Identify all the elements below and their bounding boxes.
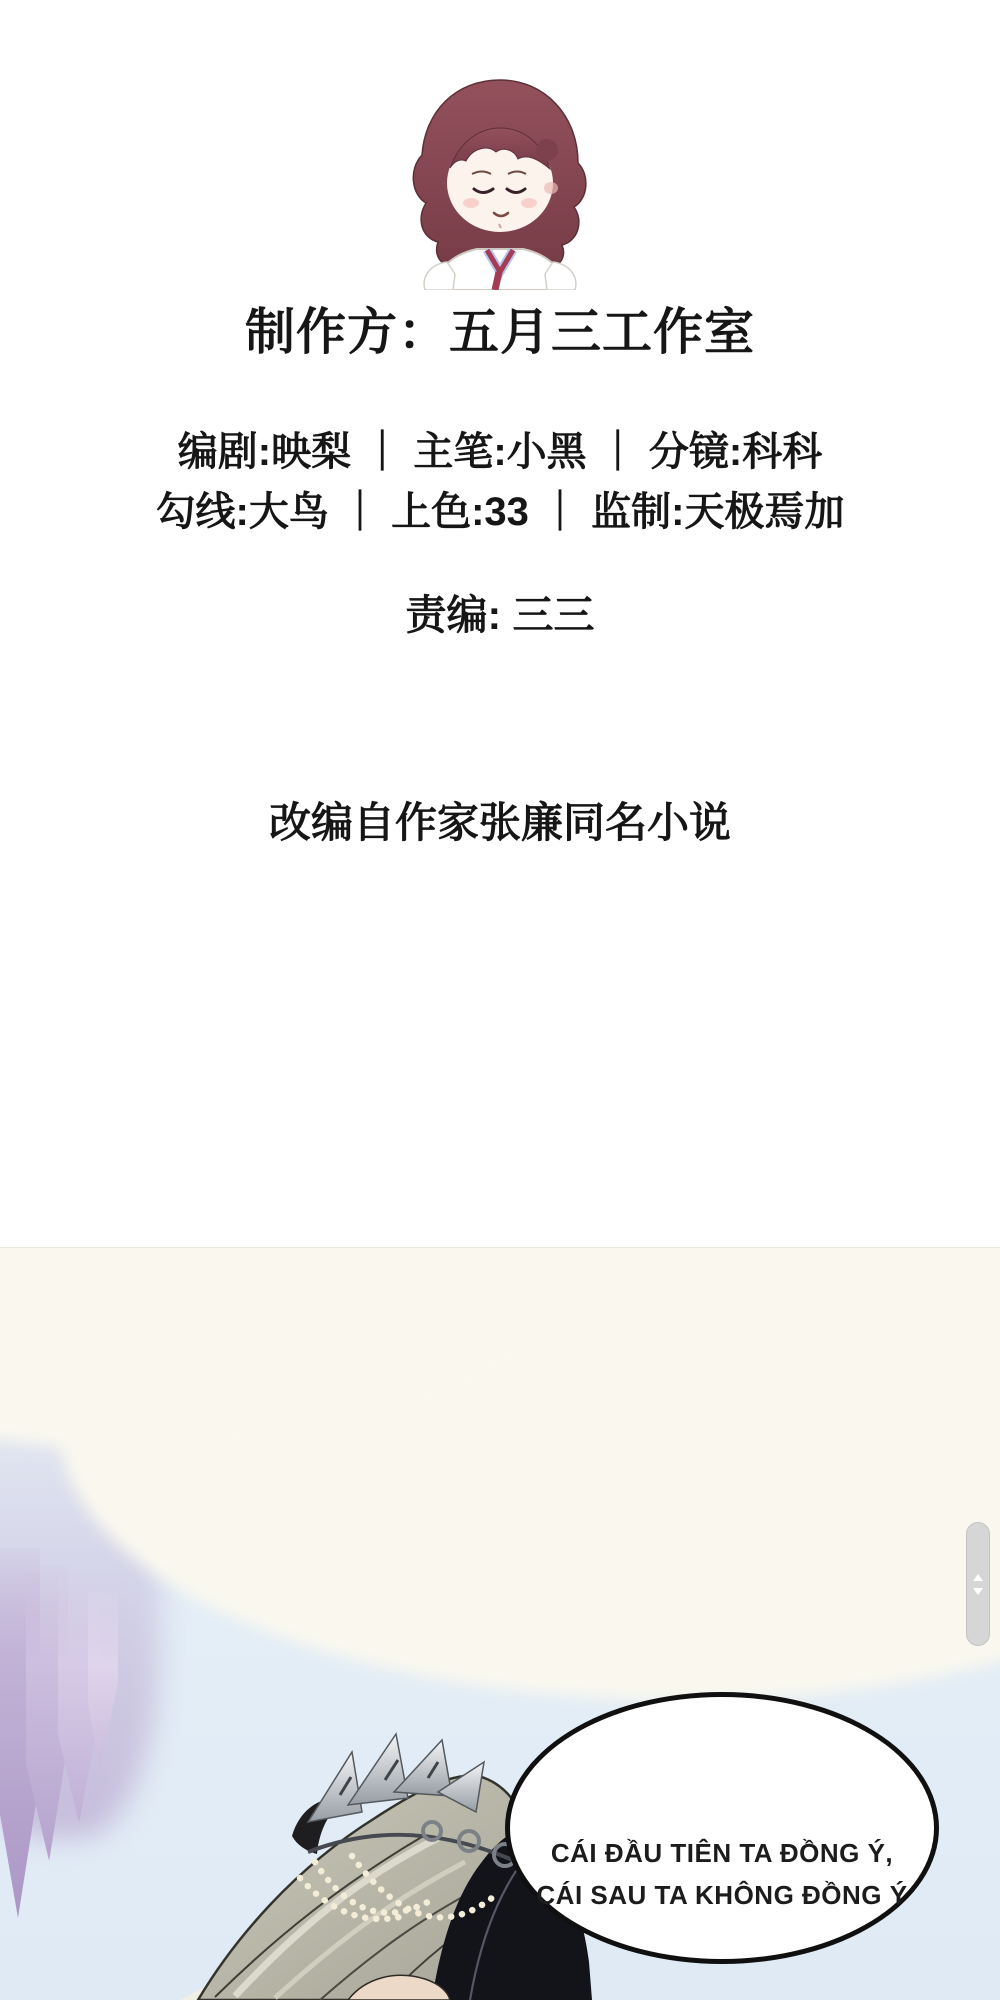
avatar-sash <box>495 272 499 290</box>
editor-line: 责编: 三三 <box>0 582 1000 641</box>
speech-bubble-line-2: CÁI SAU TA KHÔNG ĐỒNG Ý <box>536 1874 907 1916</box>
chibi-avatar-illustration <box>395 70 605 290</box>
speech-bubble-line-1: CÁI ĐẦU TIÊN TA ĐỒNG Ý, <box>551 1832 893 1874</box>
avatar-blush-left <box>463 198 479 208</box>
speech-bubble: CÁI ĐẦU TIÊN TA ĐỒNG Ý, CÁI SAU TA KHÔNG… <box>505 1692 939 1964</box>
cloud-top-band <box>0 1248 1000 1318</box>
avatar-sleeve-right <box>545 262 576 290</box>
scroll-down-arrow-icon <box>973 1588 983 1595</box>
comic-panel: CÁI ĐẦU TIÊN TA ĐỒNG Ý, CÁI SAU TA KHÔNG… <box>0 1248 1000 2000</box>
credit-line-2: 勾线:大鸟 ｜ 上色:33 ｜ 监制:天极焉加 <box>0 480 1000 537</box>
avatar-braid <box>536 139 558 161</box>
avatar-cheek-shadow <box>544 182 558 194</box>
credit-line-1: 编剧:映梨 ｜ 主笔:小黑 ｜ 分镜:科科 <box>0 420 1000 477</box>
adaptation-line: 改编自作家张廉同名小说 <box>0 790 1000 850</box>
producer-line: 制作方：五月三工作室 <box>0 292 1000 364</box>
avatar-blush-right <box>521 198 537 208</box>
chibi-girl-avatar-icon <box>395 70 605 290</box>
credits-section: 制作方：五月三工作室 编剧:映梨 ｜ 主笔:小黑 ｜ 分镜:科科 勾线:大鸟 ｜… <box>0 0 1000 1248</box>
avatar-sleeve-left <box>424 262 455 290</box>
scroll-handle[interactable] <box>966 1522 990 1646</box>
scroll-up-arrow-icon <box>973 1574 983 1581</box>
